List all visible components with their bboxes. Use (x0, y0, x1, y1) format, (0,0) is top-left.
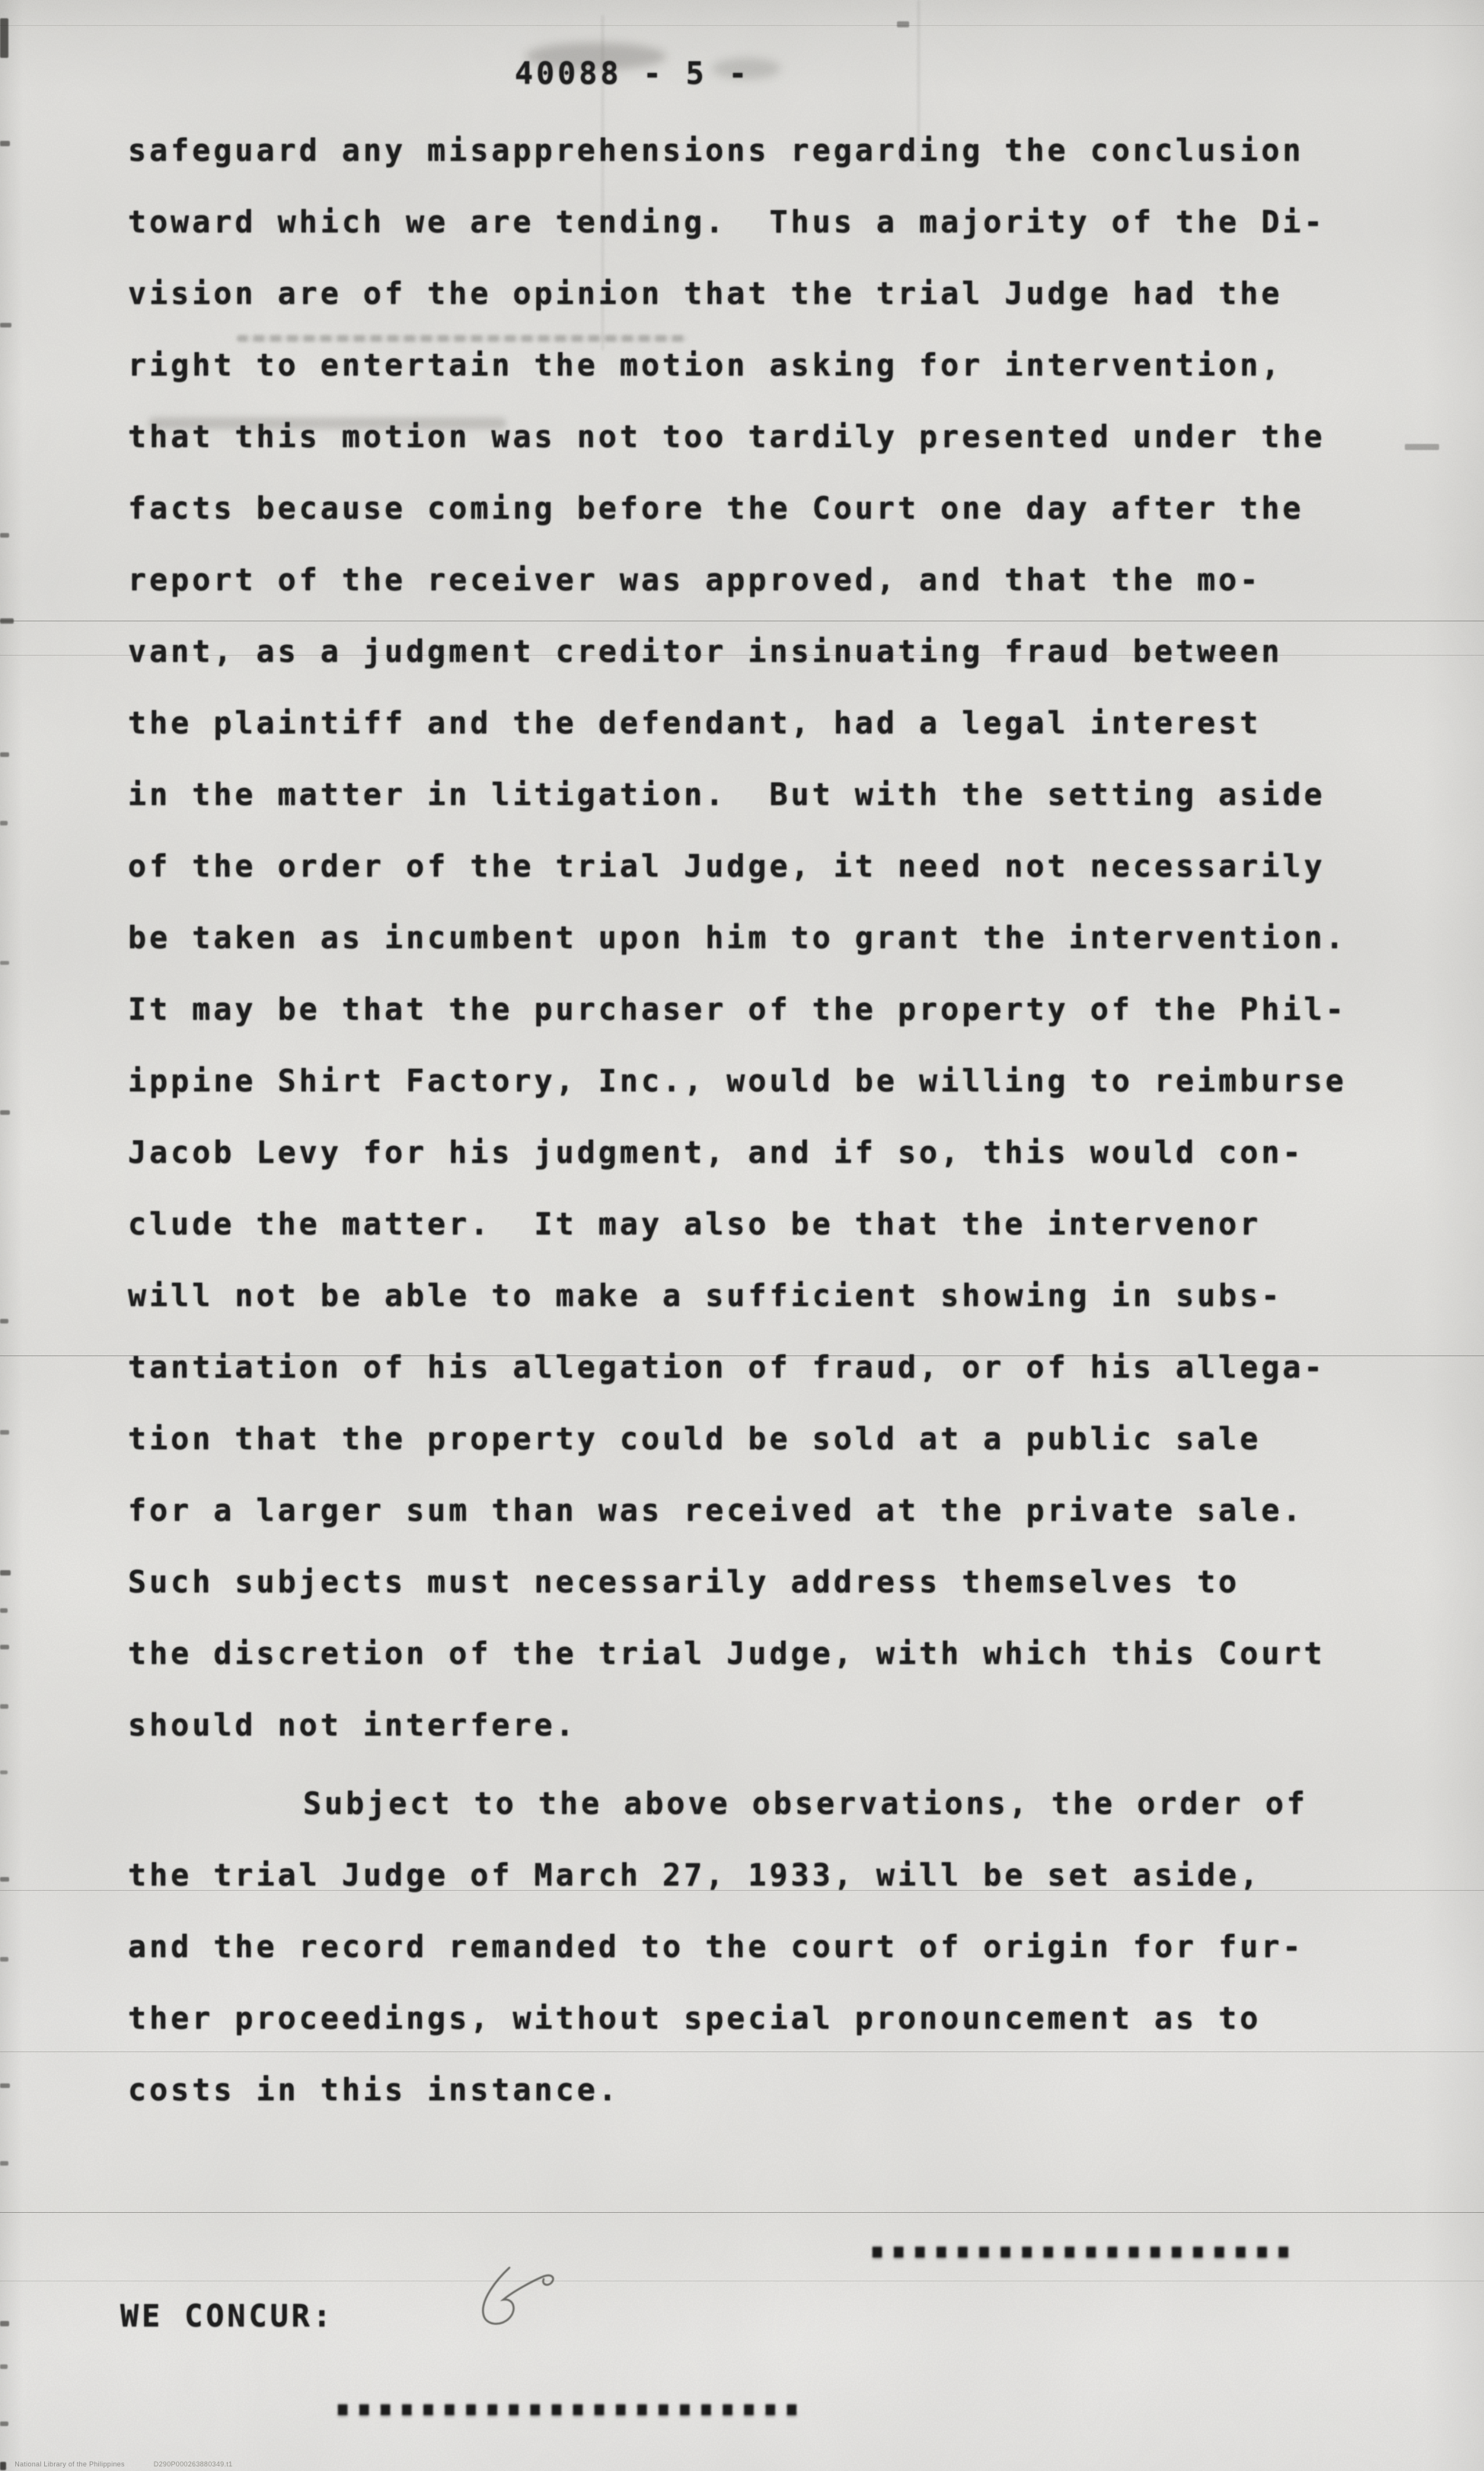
text-line: toward which we are tending. Thus a majo… (128, 187, 1347, 258)
text-line: in the matter in litigation. But with th… (128, 759, 1347, 831)
scan-artifact (0, 1319, 8, 1323)
scan-artifact (0, 618, 14, 624)
archive-document-id: D290P000263880349.t1 (154, 2460, 233, 2468)
scan-artifact (0, 2161, 8, 2166)
text-line: and the record remanded to the court of … (128, 1911, 1308, 1983)
text-line: ther proceedings, without special pronou… (128, 1983, 1308, 2054)
text-line: vision are of the opinion that the trial… (128, 258, 1347, 330)
scan-artifact (0, 18, 8, 58)
scan-artifact (0, 961, 9, 965)
text-line: be taken as incumbent upon him to grant … (128, 902, 1347, 974)
scan-artifact (0, 1957, 8, 1962)
scan-artifact (1405, 444, 1439, 450)
scan-artifact (0, 533, 9, 538)
text-line: for a larger sum than was received at th… (128, 1475, 1347, 1547)
text-line: tion that the property could be sold at … (128, 1403, 1347, 1475)
we-concur-label: WE CONCUR: (120, 2300, 334, 2333)
page-number-header: 40088 - 5 - (515, 57, 750, 91)
text-line: tantiation of his allegation of fraud, o… (128, 1332, 1347, 1403)
text-line: the discretion of the trial Judge, with … (128, 1618, 1347, 1690)
scan-artifact (0, 1877, 9, 1882)
body-paragraph-1: safeguard any misapprehensions regarding… (128, 115, 1347, 1761)
text-line: that this motion was not too tardily pre… (128, 401, 1347, 473)
text-line: ippine Shirt Factory, Inc., would be wil… (128, 1046, 1347, 1117)
text-line: Jacob Levy for his judgment, and if so, … (128, 1117, 1347, 1189)
text-line: Such subjects must necessarily address t… (128, 1547, 1347, 1618)
text-line: It may be that the purchaser of the prop… (128, 974, 1347, 1046)
signature-rule-top: -------------------- (868, 2233, 1296, 2266)
scan-artifact (0, 1430, 9, 1435)
scanned-court-document-page: 40088 - 5 - safeguard any misapprehensio… (0, 0, 1484, 2471)
scan-artifact (0, 1704, 8, 1709)
text-line: will not be able to make a sufficient sh… (128, 1260, 1347, 1332)
text-line: right to entertain the motion asking for… (128, 330, 1347, 401)
scan-line (0, 25, 1484, 26)
scan-line (0, 2281, 1484, 2281)
scan-artifact (0, 1645, 9, 1649)
scan-artifact (0, 1570, 11, 1576)
text-line: clude the matter. It may also be that th… (128, 1189, 1347, 1260)
scan-artifact (0, 2321, 9, 2326)
scan-artifact (0, 1608, 8, 1613)
text-line: safeguard any misapprehensions regarding… (128, 115, 1347, 187)
text-line: vant, as a judgment creditor insinuating… (128, 616, 1347, 688)
archive-footer: National Library of the PhilippinesD290P… (6, 2453, 232, 2471)
body-paragraph-2: Subject to the above observations, the o… (128, 1768, 1308, 2126)
text-line: Subject to the above observations, the o… (128, 1768, 1308, 1840)
scan-artifact (0, 2462, 6, 2470)
scan-artifact (0, 2364, 8, 2369)
text-line: should not interfere. (128, 1690, 1347, 1761)
scan-artifact (0, 1770, 8, 1774)
scan-artifact (0, 1110, 10, 1115)
archive-library-label: National Library of the Philippines (14, 2460, 125, 2468)
text-line: the plaintiff and the defendant, had a l… (128, 688, 1347, 759)
text-line: costs in this instance. (128, 2054, 1308, 2126)
text-line: the trial Judge of March 27, 1933, will … (128, 1840, 1308, 1911)
scan-artifact (0, 2422, 8, 2426)
scan-artifact (897, 21, 909, 27)
scan-artifact (0, 821, 8, 825)
signature-rule-bottom: ---------------------- (334, 2390, 804, 2424)
text-line: report of the receiver was approved, and… (128, 544, 1347, 616)
scan-artifact (0, 752, 9, 757)
scan-artifact (0, 2083, 10, 2088)
handwritten-mark (466, 2263, 580, 2335)
scan-artifact (0, 141, 10, 146)
scan-line (0, 2212, 1484, 2213)
scan-artifact (0, 323, 11, 327)
text-line: of the order of the trial Judge, it need… (128, 831, 1347, 902)
text-line: facts because coming before the Court on… (128, 473, 1347, 544)
